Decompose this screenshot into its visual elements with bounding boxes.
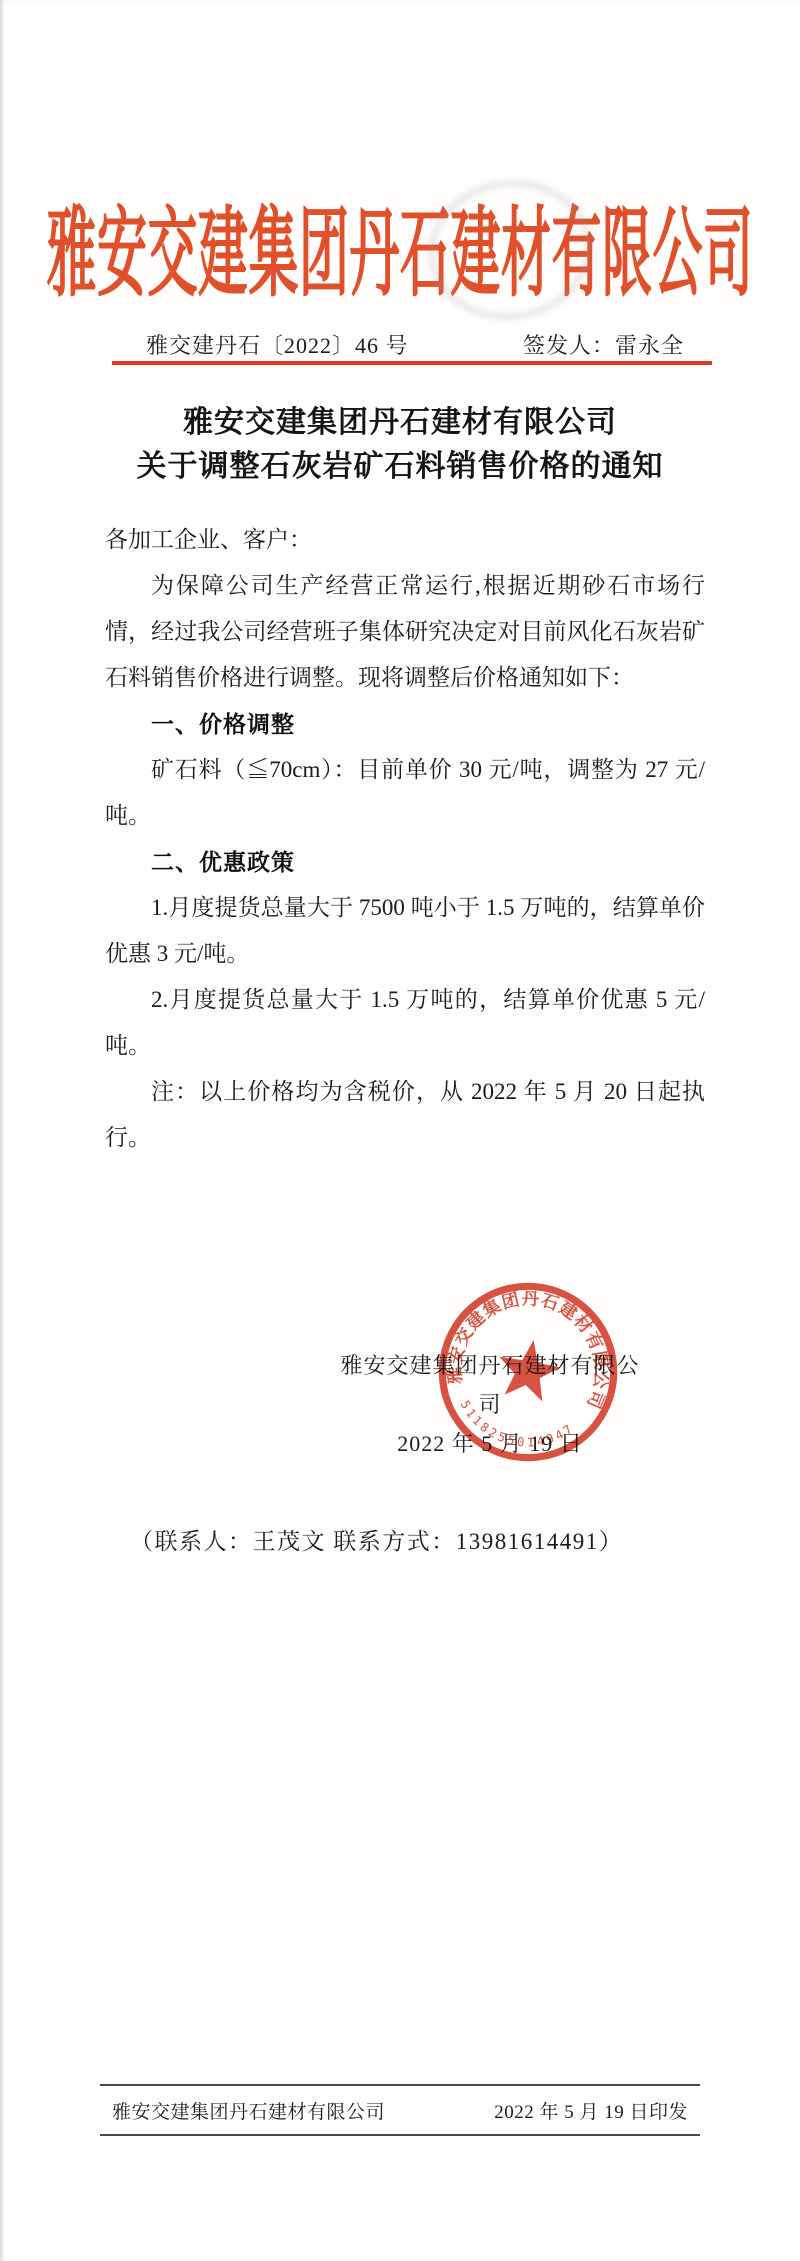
issuer-name: 签发人：雷永全 [523, 331, 712, 361]
notice-title: 雅安交建集团丹石建材有限公司 关于调整石灰岩矿石料销售价格的通知 [0, 401, 800, 489]
notice-body: 各加工企业、客户： 为保障公司生产经营正常运行,根据近期砂石市场行情，经过我公司… [105, 517, 705, 1161]
section-1-item: 矿石料（≦70cm）：目前单价 30 元/吨，调整为 27 元/吨。 [105, 747, 705, 839]
footer-bar: 雅安交建集团丹石建材有限公司 2022 年 5 月 19 日印发 [100, 2084, 700, 2136]
section-2-item-2: 2.月度提货总量大于 1.5 万吨的，结算单价优惠 5 元/吨。 [105, 977, 705, 1069]
notice-title-line1: 雅安交建集团丹石建材有限公司 [0, 401, 800, 445]
intro-paragraph: 为保障公司生产经营正常运行,根据近期砂石市场行情，经过我公司经营班子集体研究决定… [105, 563, 705, 701]
document-number-row: 雅交建丹石〔2022〕46 号 签发人：雷永全 [100, 331, 712, 361]
seal-star-icon [493, 1334, 564, 1403]
section-1-heading: 一、价格调整 [105, 701, 705, 747]
salutation: 各加工企业、客户： [105, 517, 705, 563]
section-2-item-1: 1.月度提货总量大于 7500 吨小于 1.5 万吨的，结算单价优惠 3 元/吨… [105, 885, 705, 977]
letterhead-company-title: 雅安交建集团丹石建材有限公司 [0, 176, 800, 316]
contact-line: （联系人：王茂文 联系方式：13981614491） [130, 1523, 623, 1556]
footer-print-date: 2022 年 5 月 19 日印发 [494, 2097, 688, 2124]
footer-company: 雅安交建集团丹石建材有限公司 [112, 2097, 385, 2124]
document-page: 雅安交建集团丹石建材有限公司 雅交建丹石〔2022〕46 号 签发人：雷永全 雅… [0, 0, 800, 2261]
official-seal: 雅安交建集团丹石建材有限公司 5118255014947 [426, 1270, 630, 1474]
section-2-heading: 二、优惠政策 [105, 839, 705, 885]
document-number: 雅交建丹石〔2022〕46 号 [100, 331, 409, 361]
note-line: 注：以上价格均为含税价，从 2022 年 5 月 20 日起执行。 [105, 1069, 705, 1161]
scan-edge-artifact [0, 0, 4, 2261]
notice-title-line2: 关于调整石灰岩矿石料销售价格的通知 [0, 445, 800, 489]
red-divider-line [112, 361, 712, 365]
